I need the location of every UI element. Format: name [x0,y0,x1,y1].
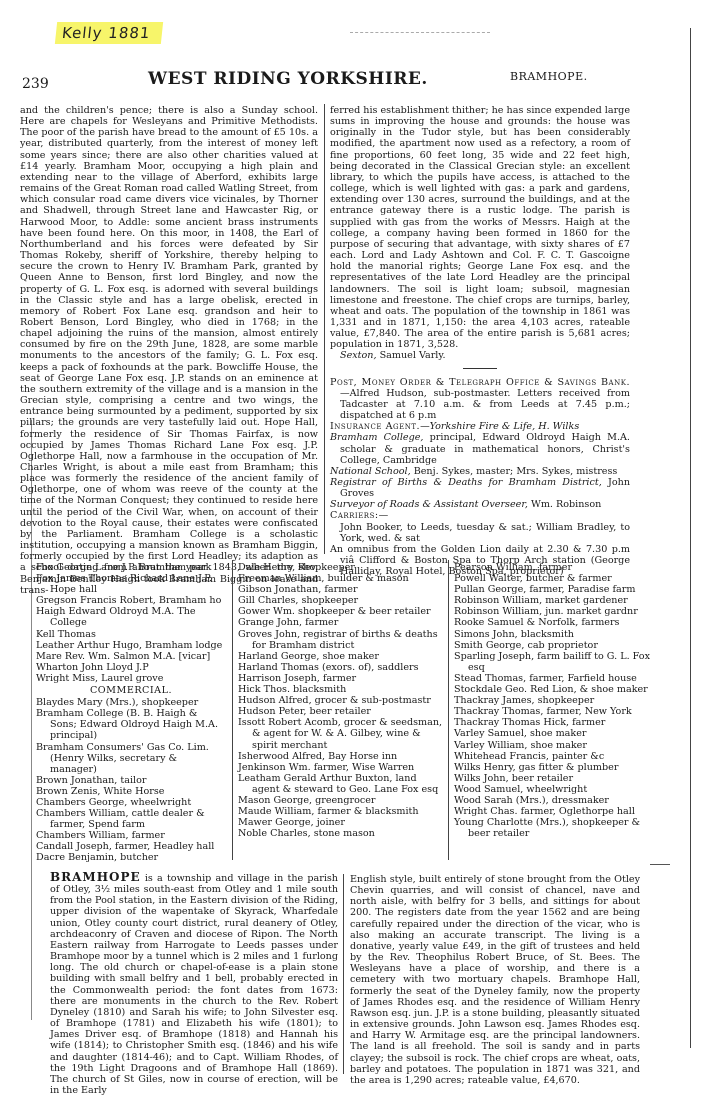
directory-entry: Fox James Thomas Richard Lane J.P. Hope … [36,573,226,595]
directory-entry: Pearson William, farmer [454,562,659,573]
official-entry: National School, Benj. Sykes, master; Mr… [330,466,630,477]
post-office-entry: Post, Money Order & Telegraph Office & S… [330,377,630,422]
official-entry: Surveyor of Roads & Assistant Overseer, … [330,499,630,510]
column-divider [343,874,344,1074]
right-column-text: ferred his establishment thither; he has… [330,105,630,350]
directory-entry: Leatham Gerald Arthur Buxton, land agent… [238,773,443,795]
directory-entry: Wilks Henry, gas fitter & plumber [454,762,659,773]
directory-entry: Hick Thos. blacksmith [238,684,443,695]
directory-entry: Hudson Peter, beer retailer [238,706,443,717]
directory-entry: Groves John, registrar of births & death… [238,629,443,651]
directory-entry: Mawer George, joiner [238,817,443,828]
directory-entry: Wright Chas. farmer, Oglethorpe hall [454,806,659,817]
directory-entry: Noble Charles, stone mason [238,828,443,839]
directory-entry: Bramham College (B. B. Haigh & Sons; Edw… [36,708,226,741]
directory-entry: Maude William, farmer & blacksmith [238,806,443,817]
directory-entry: Thackray Thomas, farmer, New York [454,706,659,717]
directory-entry: Wilks John, beer retailer [454,773,659,784]
directory-entry: Dale Henry, shopkeeper [238,562,443,573]
directory-entry: Mason George, greengrocer [238,795,443,806]
directory-entry: Simons John, blacksmith [454,629,659,640]
directory-entry: Wright Miss, Laurel grove [36,673,226,684]
directory-entry: Hudson Alfred, grocer & sub-postmastr [238,695,443,706]
directory-entry: Wood Sarah (Mrs.), dressmaker [454,795,659,806]
directory-entry: Stockdale Geo. Red Lion, & shoe maker [454,684,659,695]
private-residents-list: Fox George Lane J.P. Bramham parkFox Jam… [36,562,226,684]
handwritten-annotation: Kelly 1881 [55,22,163,44]
bramhope-paragraph: BRAMHOPE is a township and village in th… [50,872,338,1096]
column-divider [448,560,449,860]
directory-entry: Grange John, farmer [238,617,443,628]
directory-entry: Varley Samuel, shoe maker [454,728,659,739]
page-title: WEST RIDING YORKSHIRE. [148,69,428,89]
commercial-list: Dale Henry, shopkeeperFreeman William, b… [238,562,443,839]
directory-entry: Robinson William, jun. market gardnr [454,606,659,617]
divider [650,864,670,865]
directory-entry: Thackray James, shopkeeper [454,695,659,706]
sexton-line: Sexton, Samuel Varly. [330,350,630,361]
directory-entry: Freeman William, builder & mason [238,573,443,584]
left-column: and the children's pence; there is also … [20,105,318,596]
directory-entry: Blaydes Mary (Mrs.), shopkeeper [36,697,226,708]
bramhope-paragraph-continued: English style, built entirely of stone b… [350,874,640,1086]
directory-entry: Jenkinson Wm. farmer, Wise Warren [238,762,443,773]
directory-entry: Gibson Jonathan, farmer [238,584,443,595]
directory-entry: Varley William, shoe maker [454,740,659,751]
directory-entry: Dacre Benjamin, butcher [36,852,226,863]
bramhope-right-column: English style, built entirely of stone b… [350,874,640,1086]
directory-entry: Chambers George, wheelwright [36,797,226,808]
scan-edge-line [690,28,691,1048]
directory-entry: Brown Zenis, White Horse [36,786,226,797]
directory-entry: Issott Robert Acomb, grocer & seedsman, … [238,717,443,750]
directory-entry: Fox George Lane J.P. Bramham park [36,562,226,573]
commercial-list: Pearson William, farmerPowell Walter, bu… [454,562,659,839]
running-head: BRAMHOPE. [510,70,588,83]
directory-entry: Leather Arthur Hugo, Bramham lodge [36,640,226,651]
directory-entry: Brown Jonathan, tailor [36,775,226,786]
insurance-entry: Insurance Agent.—Yorkshire Fire & Life, … [330,421,630,432]
directory-entry: Bramham Consumers' Gas Co. Lim. (Henry W… [36,742,226,775]
directory-entry: Gregson Francis Robert, Bramham ho [36,595,226,606]
directory-entry: Chambers William, cattle dealer & farmer… [36,808,226,830]
directory-entry: Isherwood Alfred, Bay Horse inn [238,751,443,762]
column-divider [324,104,325,554]
directory-entry: Wharton John Lloyd J.P [36,662,226,673]
carriers-entry: Carriers:—John Booker, to Leeds, tuesday… [330,510,630,543]
directory-entry: Whitehead Francis, painter &c [454,751,659,762]
page-number: 239 [22,76,49,92]
directory-entry: Harland George, shoe maker [238,651,443,662]
directory-entry: Kell Thomas [36,629,226,640]
directory-entry: Gill Charles, shopkeeper [238,595,443,606]
commercial-heading: COMMERCIAL. [36,685,226,696]
bramhope-left-column: BRAMHOPE is a township and village in th… [50,872,338,1096]
directory-entry: Candall Joseph, farmer, Headley hall [36,841,226,852]
directory-entry: Pullan George, farmer, Paradise farm [454,584,659,595]
official-entry: Registrar of Births & Deaths for Bramham… [330,477,630,499]
official-entry: Bramham College, principal, Edward Oldro… [330,432,630,465]
directory-column-1: Fox George Lane J.P. Bramham parkFox Jam… [36,562,226,864]
directory-entry: Harrison Joseph, farmer [238,673,443,684]
directory-entry: Wood Samuel, wheelwright [454,784,659,795]
scan-edge-line [350,32,490,33]
column-divider [232,560,233,860]
directory-entry: Chambers William, farmer [36,830,226,841]
directory-entry: Rooke Samuel & Norfolk, farmers [454,617,659,628]
directory-column-2: Dale Henry, shopkeeperFreeman William, b… [238,562,443,839]
directory-entry: Mare Rev. Wm. Salmon M.A. [vicar] [36,651,226,662]
directory-entry: Robinson William, market gardener [454,595,659,606]
directory-column-3: Pearson William, farmerPowell Walter, bu… [454,562,659,839]
directory-entry: Gower Wm. shopkeeper & beer retailer [238,606,443,617]
right-column: ferred his establishment thither; he has… [330,105,630,577]
directory-entry: Powell Walter, butcher & farmer [454,573,659,584]
commercial-list: Blaydes Mary (Mrs.), shopkeeperBramham C… [36,697,226,863]
directory-entry: Stead Thomas, farmer, Farfield house [454,673,659,684]
directory-entry: Haigh Edward Oldroyd M.A. The College [36,606,226,628]
directory-entry: Thackray Thomas Hick, farmer [454,717,659,728]
left-column-text: and the children's pence; there is also … [20,105,318,596]
directory-entry: Young Charlotte (Mrs.), shopkeeper & bee… [454,817,659,839]
directory-entry: Harland Thomas (exors. of), saddlers [238,662,443,673]
divider [463,368,497,369]
directory-entry: Sparling Joseph, farm bailiff to G. L. F… [454,651,659,673]
page-header: 239 WEST RIDING YORKSHIRE. BRAMHOPE. [18,62,688,88]
directory-entry: Smith George, cab proprietor [454,640,659,651]
